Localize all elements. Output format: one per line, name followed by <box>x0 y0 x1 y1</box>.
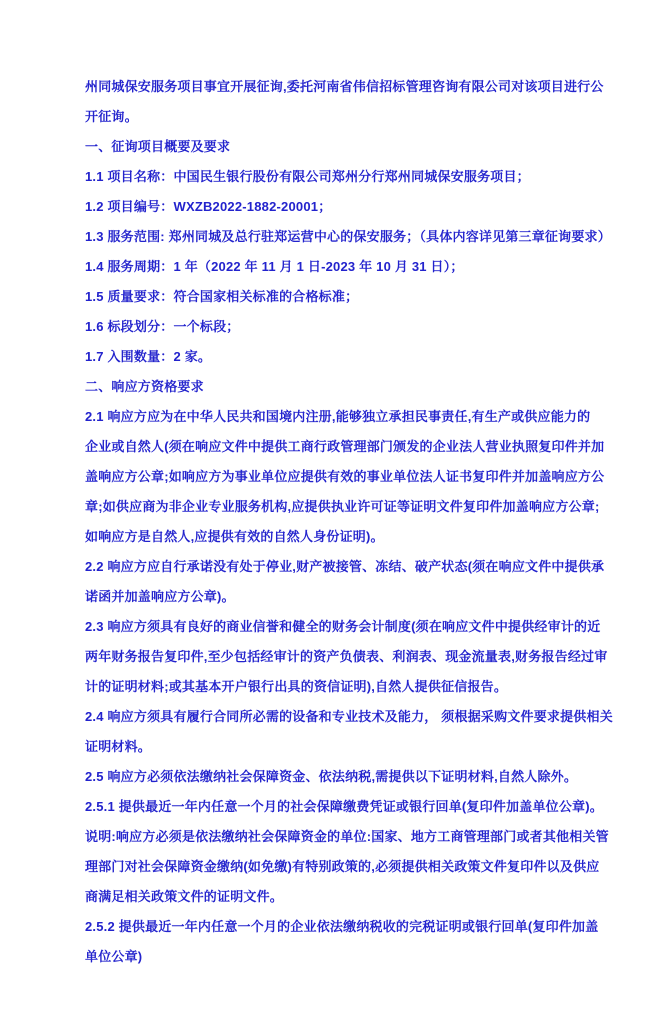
text-line: 诺函并加盖响应方公章)。 <box>85 582 630 612</box>
text-line: 2.3 响应方须具有良好的商业信誉和健全的财务会计制度(须在响应文件中提供经审计… <box>85 612 630 642</box>
text-line: 2.5 响应方必须依法缴纳社会保障资金、依法纳税,需提供以下证明材料,自然人除外… <box>85 762 630 792</box>
text-line: 1.3 服务范围: 郑州同城及总行驻郑运营中心的保安服务；（具体内容详见第三章征… <box>85 222 630 252</box>
text-line: 1.7 入围数量：2 家。 <box>85 342 630 372</box>
document-page: 州同城保安服务项目事宜开展征询,委托河南省伟信招标管理咨询有限公司对该项目进行公… <box>0 0 670 1036</box>
text-line: 2.5.2 提供最近一年内任意一个月的企业依法缴纳税收的完税证明或银行回单(复印… <box>85 912 630 942</box>
text-line: 证明材料。 <box>85 732 630 762</box>
text-line: 1.1 项目名称：中国民生银行股份有限公司郑州分行郑州同城保安服务项目； <box>85 162 630 192</box>
text-line: 两年财务报告复印件,至少包括经审计的资产负债表、利润表、现金流量表,财务报告经过… <box>85 642 630 672</box>
text-line: 单位公章) <box>85 942 630 972</box>
text-line: 州同城保安服务项目事宜开展征询,委托河南省伟信招标管理咨询有限公司对该项目进行公 <box>85 72 630 102</box>
section-heading-1: 一、征询项目概要及要求 <box>85 132 630 162</box>
text-line: 企业或自然人(须在响应文件中提供工商行政管理部门颁发的企业法人营业执照复印件并加 <box>85 432 630 462</box>
text-line: 商满足相关政策文件的证明文件。 <box>85 882 630 912</box>
text-line: 开征询。 <box>85 102 630 132</box>
text-line: 1.2 项目编号：WXZB2022-1882-20001； <box>85 192 630 222</box>
text-line: 章;如供应商为非企业专业服务机构,应提供执业许可证等证明文件复印件加盖响应方公章… <box>85 492 630 522</box>
document-content: 州同城保安服务项目事宜开展征询,委托河南省伟信招标管理咨询有限公司对该项目进行公… <box>85 72 630 972</box>
text-line: 1.6 标段划分：一个标段； <box>85 312 630 342</box>
text-line: 2.2 响应方应自行承诺没有处于停业,财产被接管、冻结、破产状态(须在响应文件中… <box>85 552 630 582</box>
section-heading-2: 二、响应方资格要求 <box>85 372 630 402</box>
text-line: 2.5.1 提供最近一年内任意一个月的社会保障缴费凭证或银行回单(复印件加盖单位… <box>85 792 630 822</box>
text-line: 计的证明材料;或其基本开户银行出具的资信证明),自然人提供征信报告。 <box>85 672 630 702</box>
text-line: 2.1 响应方应为在中华人民共和国境内注册,能够独立承担民事责任,有生产或供应能… <box>85 402 630 432</box>
text-line: 2.4 响应方须具有履行合同所必需的设备和专业技术及能力， 须根据采购文件要求提… <box>85 702 630 732</box>
text-line: 1.4 服务周期：1 年（2022 年 11 月 1 日-2023 年 10 月… <box>85 252 630 282</box>
text-line: 1.5 质量要求：符合国家相关标准的合格标准； <box>85 282 630 312</box>
text-line: 如响应方是自然人,应提供有效的自然人身份证明)。 <box>85 522 630 552</box>
text-line: 理部门对社会保障资金缴纳(如免缴)有特别政策的,必须提供相关政策文件复印件以及供… <box>85 852 630 882</box>
text-line: 说明:响应方必须是依法缴纳社会保障资金的单位:国家、地方工商管理部门或者其他相关… <box>85 822 630 852</box>
text-line: 盖响应方公章;如响应方为事业单位应提供有效的事业单位法人证书复印件并加盖响应方公 <box>85 462 630 492</box>
